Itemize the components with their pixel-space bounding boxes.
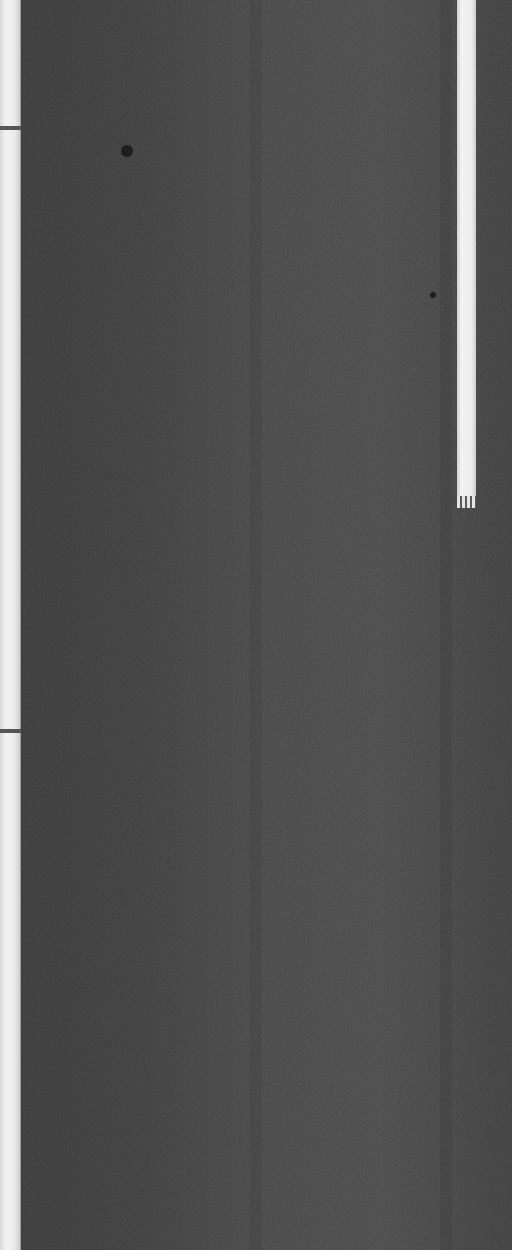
asphalt-texture — [0, 0, 512, 1250]
road-surface-scene — [0, 0, 512, 1250]
dashed-lane-marking-end — [457, 496, 476, 508]
oil-spot — [121, 145, 133, 157]
edge-line-joint — [0, 729, 21, 733]
edge-line-joint — [0, 126, 21, 130]
oil-spot — [430, 292, 436, 298]
solid-white-edge-line — [0, 0, 21, 1250]
dashed-lane-marking — [457, 0, 476, 500]
